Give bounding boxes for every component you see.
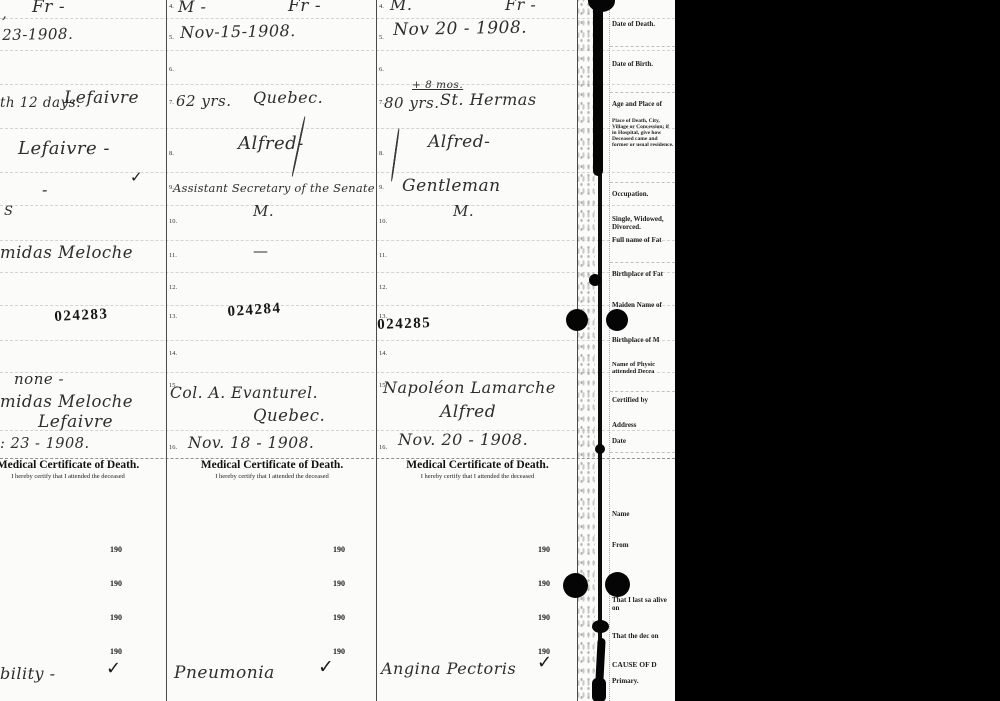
form-label-physician: Name of Physic attended Decea	[612, 361, 674, 375]
checkmark: ✓	[106, 658, 121, 679]
row-number: 9.	[379, 184, 384, 191]
medical-certificate-subtitle: I hereby certify that I attended the dec…	[378, 473, 577, 480]
form-label-father-name: Full name of Fat	[612, 236, 675, 244]
medical-certificate-title: Medical Certificate of Death.	[378, 459, 577, 471]
rec1-row4-mark: ,	[2, 4, 7, 22]
checkmark: ✓	[130, 168, 143, 186]
form-label-marital: Single, Widowed, Divorced.	[612, 215, 670, 231]
checkmark: ✓	[537, 652, 552, 673]
rec3-cause-of-death: Angina Pectoris	[381, 659, 516, 678]
black-background-region	[675, 0, 1000, 701]
rec2-age: 62 yrs.	[176, 92, 231, 110]
rec1-row9-entry: -	[42, 180, 48, 199]
label-divider	[610, 262, 675, 263]
rec1-row15-entry-b: midas Meloche	[0, 392, 133, 411]
medical-certificate-title: Medical Certificate of Death.	[0, 459, 168, 471]
row-line	[0, 84, 675, 85]
medical-certificate-subtitle: I hereby certify that I attended the dec…	[0, 473, 168, 480]
row-number: 13.	[169, 313, 177, 320]
year-stub: 190	[333, 647, 345, 656]
rec2-physician-name: Col. A. Evanturel.	[170, 384, 318, 402]
label-divider	[610, 92, 675, 93]
label-divider	[610, 46, 675, 47]
row-number: 4.	[379, 3, 384, 10]
row-number: 5.	[379, 34, 384, 41]
form-label-father-birthplace: Birthplace of Fat	[612, 270, 675, 278]
pen-stroke	[390, 128, 399, 182]
rec3-physician-address: Alfred	[440, 402, 496, 422]
row-number: 8.	[379, 150, 384, 157]
row-number: 5.	[169, 34, 174, 41]
form-label-primary: Primary.	[612, 677, 675, 685]
rec2-row11-entry: —	[253, 242, 269, 260]
form-label-date-of-death: Date of Death.	[612, 20, 675, 28]
rec1-date-of-death: 23-1908.	[2, 25, 73, 44]
rec3-religion: Fr -	[505, 0, 536, 14]
ink-blob	[593, 0, 603, 176]
label-divider	[610, 391, 675, 392]
rec3-physician-name: Napoléon Lamarche	[383, 378, 556, 397]
ink-blob	[589, 274, 601, 286]
form-label-last-saw: That I last sa alive on	[612, 596, 668, 612]
year-stub: 190	[333, 579, 345, 588]
row-line	[0, 18, 675, 19]
ink-blob	[595, 444, 605, 454]
row-number: 8.	[169, 150, 174, 157]
register-page-scan: , Fr - 23-1908. th 12 days. Lefaivre Lef…	[0, 0, 675, 701]
form-label-address: Address	[612, 421, 675, 429]
medical-certificate-subtitle: I hereby certify that I attended the dec…	[168, 473, 376, 480]
row-number: 6.	[379, 66, 384, 73]
rec3-date-of-death: Nov 20 - 1908.	[393, 18, 527, 40]
form-label-occupation: Occupation.	[612, 190, 675, 198]
hole-punch	[606, 309, 628, 331]
rec1-row11-name: midas Meloche	[0, 243, 133, 262]
form-label-mother-birthplace: Birthplace of M	[612, 336, 675, 344]
year-stub: 190	[110, 545, 122, 554]
checkmark: ✓	[318, 656, 334, 678]
form-label-date: Date	[612, 437, 675, 445]
rec1-row8-entry: Lefaivre -	[18, 138, 110, 159]
rec2-occupation: Assistant Secretary of the Senate	[173, 181, 375, 195]
year-stub: 190	[538, 613, 550, 622]
ink-blob	[592, 620, 609, 633]
year-stub: 190	[538, 545, 550, 554]
row-number: 10.	[169, 218, 177, 225]
label-column-edge	[609, 0, 610, 701]
rec1-row4-religion: Fr -	[32, 0, 65, 17]
rec2-birthplace: Quebec.	[253, 88, 323, 107]
rec3-marital-status: M.	[453, 202, 474, 220]
rec1-row15-entry-a: none -	[14, 370, 64, 388]
row-line	[0, 372, 675, 373]
rec2-certificate-date: Nov. 18 - 1908.	[188, 434, 314, 452]
rec2-marital-status: M.	[253, 202, 274, 220]
column-divider	[376, 0, 377, 701]
row-number: 12.	[379, 284, 387, 291]
year-stub: 190	[110, 579, 122, 588]
row-line	[0, 240, 675, 241]
form-label-age-place: Age and Place of	[612, 100, 675, 108]
rec1-cause-of-death: bility -	[0, 664, 56, 683]
registration-number-stamp: 024284	[227, 300, 282, 321]
rec2-date-of-death: Nov-15-1908.	[180, 21, 296, 42]
hole-punch	[563, 573, 588, 598]
row-line	[0, 340, 675, 341]
form-label-certified-by: Certified by	[612, 396, 675, 404]
rec2-father-name: Alfred-	[238, 133, 304, 154]
medical-certificate-title: Medical Certificate of Death.	[168, 459, 376, 471]
rec3-occupation: Gentleman	[402, 176, 501, 196]
year-stub: 190	[538, 579, 550, 588]
row-number: 14.	[169, 350, 177, 357]
row-number: 16.	[169, 444, 177, 451]
year-stub: 190	[110, 647, 122, 656]
row-number: 11.	[169, 252, 177, 259]
rec2-cause-of-death: Pneumonia	[174, 663, 275, 683]
row-number: 11.	[379, 252, 387, 259]
row-line	[0, 272, 675, 273]
row-line	[0, 205, 675, 206]
hole-punch	[605, 572, 630, 597]
column-divider	[166, 0, 167, 701]
rec2-physician-address: Quebec.	[253, 406, 325, 425]
registration-number-stamp: 024285	[377, 315, 432, 334]
row-line	[0, 50, 675, 51]
form-label-cause-of-death: CAUSE OF D	[612, 661, 675, 669]
form-label-date-of-birth: Date of Birth.	[612, 60, 675, 68]
row-number: 12.	[169, 284, 177, 291]
row-number: 7.	[169, 99, 174, 106]
rec1-row15-entry-c: Lefaivre	[38, 412, 113, 432]
row-number: 14.	[379, 350, 387, 357]
rec2-religion: Fr -	[288, 0, 321, 16]
form-label-deceased-died: That the dec on	[612, 632, 668, 640]
rec3-age: 80 yrs.	[384, 94, 439, 112]
row-line	[0, 128, 675, 129]
rec2-sex: M -	[178, 0, 206, 16]
rec3-father-name: Alfred-	[428, 132, 490, 152]
form-label-name: Name	[612, 510, 675, 518]
rec3-sex: M.	[390, 0, 412, 14]
form-label-place-of-death: Place of Death, City, Village or Concess…	[612, 118, 674, 148]
form-label-from: From	[612, 541, 675, 549]
row-number: 6.	[169, 66, 174, 73]
rec3-certificate-date: Nov. 20 - 1908.	[398, 430, 528, 449]
row-number: 16.	[379, 444, 387, 451]
label-divider	[610, 452, 675, 453]
year-stub: 190	[110, 613, 122, 622]
row-number: 10.	[379, 218, 387, 225]
label-divider	[610, 182, 675, 183]
rec1-place: Lefaivre	[64, 88, 139, 108]
rec1-marital-status: S	[4, 204, 13, 219]
year-stub: 190	[333, 545, 345, 554]
registration-number-stamp: 024283	[54, 306, 109, 326]
year-stub: 190	[333, 613, 345, 622]
ink-streak	[592, 678, 606, 701]
rec3-birthplace: St. Hermas	[440, 90, 537, 109]
row-line	[0, 172, 675, 173]
row-number: 4.	[169, 3, 174, 10]
hole-punch	[566, 309, 588, 331]
rec1-row16-date: : 23 - 1908.	[0, 436, 90, 452]
form-label-mother-maiden: Maiden Name of	[612, 301, 675, 309]
